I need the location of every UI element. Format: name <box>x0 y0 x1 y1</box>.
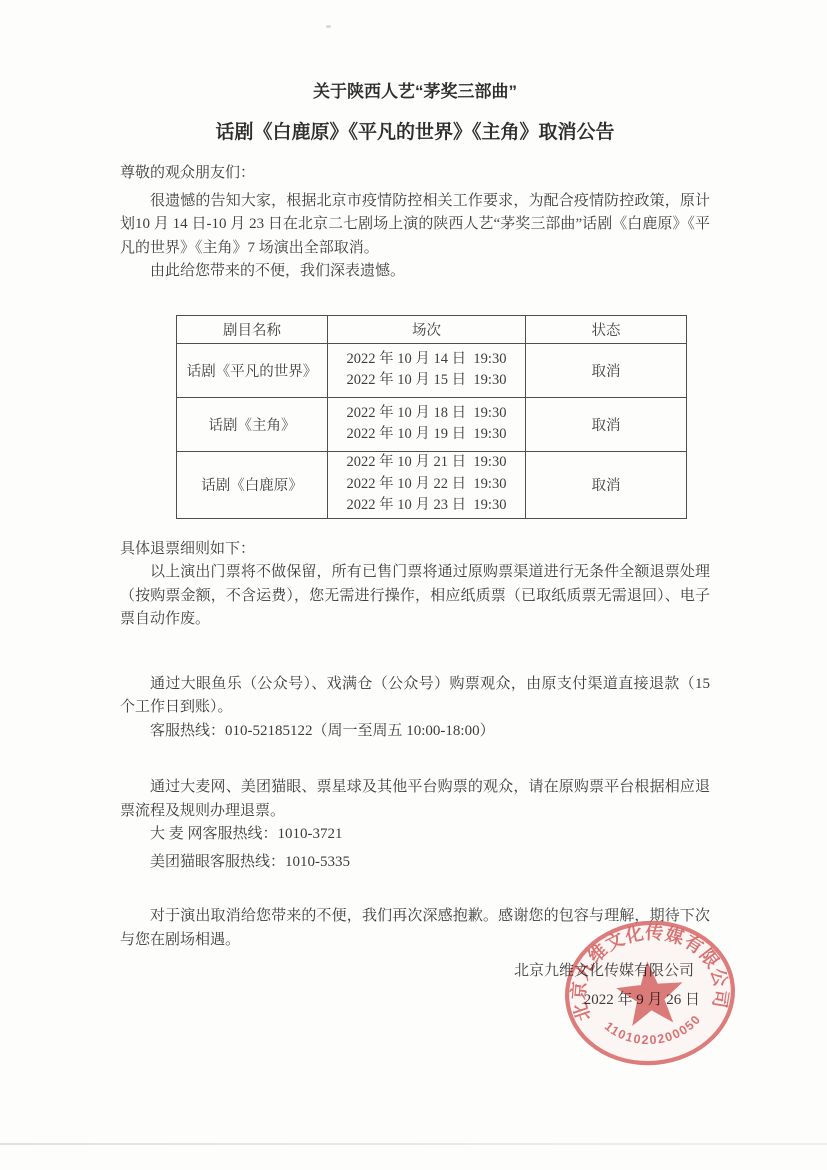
cancellation-table: 剧目名称 场次 状态 话剧《平凡的世界》 2022 年 10 月 14 日 19… <box>176 315 687 519</box>
table-header-row: 剧目名称 场次 状态 <box>177 315 687 343</box>
show-name-cell: 话剧《平凡的世界》 <box>177 343 328 397</box>
col-header-sessions: 场次 <box>328 315 526 343</box>
scan-speck <box>326 25 331 28</box>
scan-edge-line <box>0 1143 827 1145</box>
doc-title-line2: 话剧《白鹿原》《平凡的世界》《主角》取消公告 <box>120 120 710 146</box>
col-header-status: 状态 <box>526 315 687 343</box>
doc-title-line1: 关于陕西人艺“茅奖三部曲” <box>120 80 710 103</box>
session-line: 2022 年 10 月 23 日 19:30 <box>328 495 525 517</box>
sessions-cell: 2022 年 10 月 14 日 19:30 2022 年 10 月 15 日 … <box>328 343 526 397</box>
paragraph-intro: 很遗憾的告知大家，根据北京市疫情防控相关工作要求，为配合疫情防控政策，原计划10… <box>120 190 710 261</box>
refund-policy-paragraph: 以上演出门票将不做保留，所有已售门票将通过原购票渠道进行无条件全额退票处理（按购… <box>120 561 710 632</box>
hotline-maoyan: 美团猫眼客服热线：1010-5335 <box>120 851 710 875</box>
refund-platforms-paragraph: 通过大麦网、美团猫眼、票星球及其他平台购票的观众，请在原购票平台根据相应退票流程… <box>120 776 710 823</box>
hotline-damai: 大 麦 网客服热线：1010-3721 <box>120 823 710 847</box>
sessions-cell: 2022 年 10 月 21 日 19:30 2022 年 10 月 22 日 … <box>328 451 526 518</box>
session-line: 2022 年 10 月 22 日 19:30 <box>328 474 525 496</box>
refund-intro: 具体退票细则如下： <box>120 538 710 562</box>
session-line: 2022 年 10 月 14 日 19:30 <box>328 349 525 371</box>
col-header-show-name: 剧目名称 <box>177 315 328 343</box>
table-row: 话剧《主角》 2022 年 10 月 18 日 19:30 2022 年 10 … <box>177 397 687 451</box>
closing-paragraph: 对于演出取消给您带来的不便，我们再次深感抱歉。感谢您的包容与理解，期待下次与您在… <box>120 905 710 952</box>
sessions-cell: 2022 年 10 月 18 日 19:30 2022 年 10 月 19 日 … <box>328 397 526 451</box>
session-line: 2022 年 10 月 15 日 19:30 <box>328 370 525 392</box>
signature-date: 2022 年 9 月 26 日 <box>120 989 700 1013</box>
session-line: 2022 年 10 月 19 日 19:30 <box>328 424 525 446</box>
table-row: 话剧《平凡的世界》 2022 年 10 月 14 日 19:30 2022 年 … <box>177 343 687 397</box>
status-cell: 取消 <box>526 451 687 518</box>
svg-text:1101020200050: 1101020200050 <box>601 1011 706 1051</box>
signature-company: 北京九维文化传媒有限公司 <box>120 960 694 984</box>
document-page: 关于陕西人艺“茅奖三部曲” 话剧《白鹿原》《平凡的世界》《主角》取消公告 尊敬的… <box>0 0 827 1170</box>
hotline-main: 客服热线：010-52185122（周一至周五 10:00-18:00） <box>120 720 710 744</box>
seal-number-text: 1101020200050 <box>601 1011 706 1051</box>
salutation: 尊敬的观众朋友们： <box>120 162 710 186</box>
show-name-cell: 话剧《主角》 <box>177 397 328 451</box>
refund-wechat-paragraph: 通过大眼鱼乐（公众号）、戏满仓（公众号）购票观众，由原支付渠道直接退款（15个工… <box>120 673 710 720</box>
paragraph-regret: 由此给您带来的不便，我们深表遗憾。 <box>120 260 710 284</box>
status-cell: 取消 <box>526 343 687 397</box>
session-line: 2022 年 10 月 18 日 19:30 <box>328 403 525 425</box>
table-row: 话剧《白鹿原》 2022 年 10 月 21 日 19:30 2022 年 10… <box>177 451 687 518</box>
show-name-cell: 话剧《白鹿原》 <box>177 451 328 518</box>
session-line: 2022 年 10 月 21 日 19:30 <box>328 452 525 474</box>
status-cell: 取消 <box>526 397 687 451</box>
